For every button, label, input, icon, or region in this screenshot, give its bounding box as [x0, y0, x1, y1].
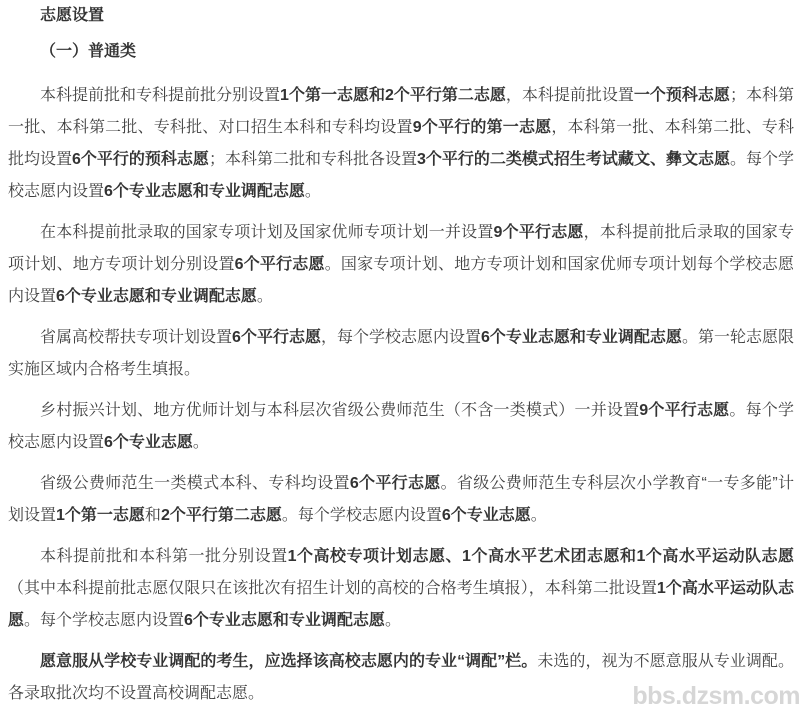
- watermark: bbs.dzsm.com: [632, 684, 800, 709]
- paragraph-1: 本科提前批和专科提前批分别设置1个第一志愿和2个平行第二志愿，本科提前批设置一个…: [8, 80, 794, 208]
- emphasis-text-run: 6个专业志愿和专业调配志愿: [104, 183, 305, 200]
- emphasis-text-run: 1个高校专项计划志愿、1个高水平艺术团志愿和1个高水平运动队志愿: [288, 548, 794, 565]
- paragraph-2: 在本科提前批录取的国家专项计划及国家优师专项计划一并设置9个平行志愿，本科提前批…: [8, 217, 794, 313]
- text-run: 。每个学校志愿内设置: [24, 612, 184, 629]
- text-run: 。: [257, 288, 273, 305]
- text-run: 本科提前批和专科提前批分别设置: [40, 87, 280, 104]
- text-run: 乡村振兴计划、地方优师计划与本科层次省级公费师范生（不含一类模式）一并设置: [40, 402, 639, 419]
- text-run: 。: [531, 507, 547, 524]
- emphasis-text-run: 1个第一志愿: [56, 507, 145, 524]
- emphasis-text-run: 6个平行志愿: [235, 256, 325, 273]
- emphasis-text-run: 1个第一志愿和2个平行第二志愿: [280, 87, 506, 104]
- emphasis-text-run: 2个平行第二志愿: [161, 507, 282, 524]
- emphasis-text-run: 6个专业志愿和专业调配志愿: [184, 612, 385, 629]
- emphasis-text-run: 6个平行志愿: [350, 475, 441, 492]
- text-run: 省级公费师范生一类模式本科、专科均设置: [40, 475, 350, 492]
- text-run: 。: [305, 183, 321, 200]
- text-run: 和: [145, 507, 161, 524]
- emphasis-text-run: 3个平行的二类模式招生考试藏文、彝文志愿: [417, 151, 730, 168]
- emphasis-text-run: 6个专业志愿: [104, 434, 193, 451]
- section-heading: （一）普通类: [8, 40, 794, 64]
- text-run: 在本科提前批录取的国家专项计划及国家优师专项计划一并设置: [40, 224, 494, 241]
- emphasis-text-run: 9个平行志愿: [639, 402, 729, 419]
- paragraph-4: 乡村振兴计划、地方优师计划与本科层次省级公费师范生（不含一类模式）一并设置9个平…: [8, 395, 794, 459]
- text-run: ，本科提前批设置: [506, 87, 634, 104]
- emphasis-text-run: 6个专业志愿和专业调配志愿: [481, 329, 682, 346]
- emphasis-text-run: 9个平行的第一志愿: [413, 119, 552, 136]
- text-run: 。每个学校志愿内设置: [282, 507, 442, 524]
- text-run: 。: [385, 612, 401, 629]
- page-title: 志愿设置: [8, 4, 794, 28]
- emphasis-text-run: 愿意服从学校专业调配的考生，应选择该高校志愿内的专业“调配”栏。: [40, 653, 537, 670]
- emphasis-text-run: 6个平行志愿: [232, 329, 321, 346]
- text-run: ，每个学校志愿内设置: [321, 329, 481, 346]
- emphasis-text-run: 6个专业志愿: [442, 507, 531, 524]
- emphasis-text-run: 6个平行的预科志愿: [72, 151, 209, 168]
- paragraph-3: 省属高校帮扶专项计划设置6个平行志愿，每个学校志愿内设置6个专业志愿和专业调配志…: [8, 322, 794, 386]
- article-page: 志愿设置 （一）普通类 本科提前批和专科提前批分别设置1个第一志愿和2个平行第二…: [0, 0, 802, 709]
- emphasis-text-run: 6个专业志愿和专业调配志愿: [56, 288, 257, 305]
- text-run: （其中本科提前批志愿仅限只在该批次有招生计划的高校的合格考生填报），本科第二批设…: [8, 580, 657, 597]
- text-run: 。: [193, 434, 209, 451]
- text-run: 本科提前批和本科第一批分别设置: [40, 548, 288, 565]
- emphasis-text-run: 一个预科志愿: [634, 87, 730, 104]
- emphasis-text-run: 9个平行志愿: [494, 224, 584, 241]
- text-run: ；本科第二批和专科批各设置: [209, 151, 417, 168]
- text-run: 省属高校帮扶专项计划设置: [40, 329, 232, 346]
- paragraph-6: 本科提前批和本科第一批分别设置1个高校专项计划志愿、1个高水平艺术团志愿和1个高…: [8, 541, 794, 637]
- article-body: 本科提前批和专科提前批分别设置1个第一志愿和2个平行第二志愿，本科提前批设置一个…: [8, 80, 794, 709]
- paragraph-5: 省级公费师范生一类模式本科、专科均设置6个平行志愿。省级公费师范生专科层次小学教…: [8, 468, 794, 532]
